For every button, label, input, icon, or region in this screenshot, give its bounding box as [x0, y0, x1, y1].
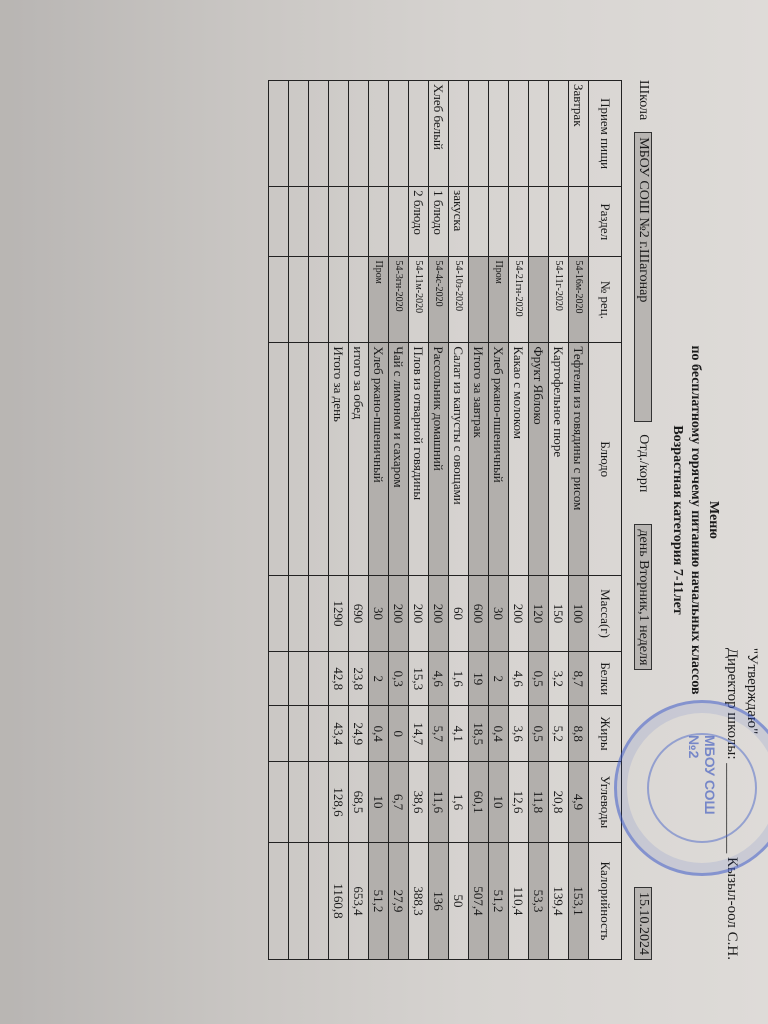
table-cell: [289, 576, 309, 652]
table-row: закуска54-10з-2020Салат из капусты с ово…: [449, 81, 469, 960]
table-cell: 51,2: [369, 842, 389, 959]
table-cell: 1,6: [449, 651, 469, 705]
paper-sheet: "Утверждаю" Директор школы: ____________…: [14, 0, 768, 1024]
table-cell: 3,2: [549, 651, 569, 705]
table-cell: Какао с молоком: [509, 343, 529, 576]
table-cell: 1290: [329, 576, 349, 652]
table-cell: [509, 187, 529, 257]
table-cell: 5,7: [429, 706, 449, 762]
table-cell: [329, 187, 349, 257]
table-cell: 68,5: [349, 761, 369, 842]
table-cell: 54-3гн-2020: [389, 257, 409, 343]
table-surface: [0, 0, 14, 1024]
table-cell: [309, 842, 329, 959]
table-cell: [329, 81, 349, 187]
table-cell: [309, 81, 329, 187]
table-cell: [309, 576, 329, 652]
table-cell: 136: [429, 842, 449, 959]
table-cell: 4,1: [449, 706, 469, 762]
table-cell: [269, 761, 289, 842]
table-cell: 200: [389, 576, 409, 652]
table-cell: Завтрак: [569, 81, 589, 187]
stamp-text: МБОУ СОШ №2: [647, 733, 757, 843]
table-cell: [309, 706, 329, 762]
table-cell: [269, 842, 289, 959]
table-cell: [289, 761, 309, 842]
column-header: Белки: [589, 651, 622, 705]
table-cell: [549, 187, 569, 257]
day-value: день Вторник,1 неделя: [634, 524, 652, 670]
table-cell: 50: [449, 842, 469, 959]
table-cell: 24,9: [349, 706, 369, 762]
table-cell: 3,6: [509, 706, 529, 762]
table-cell: [309, 257, 329, 343]
table-cell: Чай с лимоном и сахаром: [389, 343, 409, 576]
table-header-row: Прием пищиРаздел№ рец.БлюдоМасса(г)Белки…: [589, 81, 622, 960]
table-cell: [309, 761, 329, 842]
table-cell: 1 блюдо: [429, 187, 449, 257]
table-cell: [269, 576, 289, 652]
table-cell: Итого за завтрак: [469, 343, 489, 576]
table-cell: 14,7: [409, 706, 429, 762]
table-cell: 128,6: [329, 761, 349, 842]
table-cell: [369, 187, 389, 257]
table-cell: [569, 187, 589, 257]
table-cell: 53,3: [529, 842, 549, 959]
table-row: 2 блюдо54-11м-2020Плов из отварной говяд…: [409, 81, 429, 960]
table-cell: [349, 257, 369, 343]
table-cell: [329, 257, 349, 343]
table-cell: 54-11г-2020: [549, 257, 569, 343]
table-row: 54-3гн-2020Чай с лимоном и сахаром2000,3…: [389, 81, 409, 960]
table-cell: 54-16м-2020: [569, 257, 589, 343]
table-cell: [309, 651, 329, 705]
table-cell: [389, 81, 409, 187]
table-cell: закуска: [449, 187, 469, 257]
table-cell: [289, 81, 309, 187]
table-cell: [269, 257, 289, 343]
table-cell: 18,5: [469, 706, 489, 762]
table-cell: Картофельное пюре: [549, 343, 569, 576]
table-cell: 600: [469, 576, 489, 652]
table-cell: [349, 81, 369, 187]
table-cell: [529, 257, 549, 343]
table-cell: [529, 187, 549, 257]
table-row: Фрукт Яблоко1200,50,511,853,3: [529, 81, 549, 960]
table-cell: 1160,8: [329, 842, 349, 959]
table-cell: 200: [429, 576, 449, 652]
table-cell: Хлеб ржано-пшеничный: [369, 343, 389, 576]
table-row: итого за обед69023,824,968,5653,4: [349, 81, 369, 960]
table-cell: 15,3: [409, 651, 429, 705]
table-row: Итого за день129042,843,4128,61160,8: [329, 81, 349, 960]
table-cell: 110,4: [509, 842, 529, 959]
table-cell: [269, 81, 289, 187]
column-header: № рец.: [589, 257, 622, 343]
table-cell: 0,4: [489, 706, 509, 762]
table-row: 54-21гн-2020Какао с молоком2004,63,612,6…: [509, 81, 529, 960]
table-cell: [269, 706, 289, 762]
table-cell: 388,3: [409, 842, 429, 959]
table-cell: 11,8: [529, 761, 549, 842]
table-cell: [269, 343, 289, 576]
table-cell: 54-11м-2020: [409, 257, 429, 343]
table-cell: Хлеб ржано-пшеничный: [489, 343, 509, 576]
table-cell: 30: [369, 576, 389, 652]
table-cell: Салат из капусты с овощами: [449, 343, 469, 576]
table-cell: 653,4: [349, 842, 369, 959]
table-row: ПромХлеб ржано-пшеничный3020,41051,2: [489, 81, 509, 960]
table-cell: 5,2: [549, 706, 569, 762]
table-row: Итого за завтрак6001918,560,1507,4: [469, 81, 489, 960]
table-cell: 10: [489, 761, 509, 842]
table-cell: 60,1: [469, 761, 489, 842]
table-cell: 6,7: [389, 761, 409, 842]
column-header: Жиры: [589, 706, 622, 762]
table-cell: [469, 81, 489, 187]
table-cell: [449, 81, 469, 187]
table-cell: 38,6: [409, 761, 429, 842]
table-cell: Фрукт Яблоко: [529, 343, 549, 576]
table-row: [289, 81, 309, 960]
table-cell: 120: [529, 576, 549, 652]
table-cell: 2: [369, 651, 389, 705]
table-cell: 42,8: [329, 651, 349, 705]
table-cell: Итого за день: [329, 343, 349, 576]
table-cell: 51,2: [489, 842, 509, 959]
table-cell: [489, 81, 509, 187]
table-row: Хлеб белый1 блюдо54-4с-2020Рассольник до…: [429, 81, 449, 960]
table-cell: Рассольник домашний: [429, 343, 449, 576]
table-cell: 2 блюдо: [409, 187, 429, 257]
table-cell: 200: [409, 576, 429, 652]
column-header: Прием пищи: [589, 81, 622, 187]
table-cell: 60: [449, 576, 469, 652]
table-cell: 100: [569, 576, 589, 652]
table-cell: 690: [349, 576, 369, 652]
column-header: Раздел: [589, 187, 622, 257]
table-cell: 20,8: [549, 761, 569, 842]
table-cell: Пром: [489, 257, 509, 343]
table-cell: 0,3: [389, 651, 409, 705]
table-cell: [489, 187, 509, 257]
menu-table: Прием пищиРаздел№ рец.БлюдоМасса(г)Белки…: [268, 80, 622, 960]
table-cell: [469, 257, 489, 343]
table-cell: [309, 343, 329, 576]
table-cell: [529, 81, 549, 187]
dept-label: Отд./корп: [635, 434, 651, 492]
table-cell: [289, 842, 309, 959]
table-cell: 2: [489, 651, 509, 705]
table-cell: 153,1: [569, 842, 589, 959]
table-cell: 30: [489, 576, 509, 652]
table-cell: [269, 187, 289, 257]
table-cell: [389, 187, 409, 257]
table-cell: 0,5: [529, 651, 549, 705]
table-cell: 54-10з-2020: [449, 257, 469, 343]
table-cell: 507,4: [469, 842, 489, 959]
table-body: Завтрак54-16м-2020Тефтели из говядины с …: [269, 81, 589, 960]
table-cell: 12,6: [509, 761, 529, 842]
table-cell: 10: [369, 761, 389, 842]
table-cell: итого за обед: [349, 343, 369, 576]
column-header: Масса(г): [589, 576, 622, 652]
school-name: МБОУ СОШ №2 г.Шагонар: [634, 132, 652, 422]
table-cell: 11,6: [429, 761, 449, 842]
table-cell: [289, 706, 309, 762]
table-cell: 54-4с-2020: [429, 257, 449, 343]
table-cell: [369, 81, 389, 187]
table-row: [269, 81, 289, 960]
table-cell: Хлеб белый: [429, 81, 449, 187]
table-cell: 4,6: [429, 651, 449, 705]
table-cell: Пром: [369, 257, 389, 343]
table-cell: 4,6: [509, 651, 529, 705]
table-cell: 27,9: [389, 842, 409, 959]
table-cell: 23,8: [349, 651, 369, 705]
table-cell: Тефтели из говядины с рисом: [569, 343, 589, 576]
table-cell: 8,8: [569, 706, 589, 762]
table-cell: [549, 81, 569, 187]
table-cell: [289, 343, 309, 576]
table-cell: [509, 81, 529, 187]
table-cell: [289, 257, 309, 343]
table-cell: [309, 187, 329, 257]
table-cell: 4,9: [569, 761, 589, 842]
table-cell: 150: [549, 576, 569, 652]
table-cell: 139,4: [549, 842, 569, 959]
table-cell: 0,4: [369, 706, 389, 762]
column-header: Калорийность: [589, 842, 622, 959]
table-row: ПромХлеб ржано-пшеничный3020,41051,2: [369, 81, 389, 960]
table-row: 54-11г-2020Картофельное пюре1503,25,220,…: [549, 81, 569, 960]
table-cell: 43,4: [329, 706, 349, 762]
table-cell: 54-21гн-2020: [509, 257, 529, 343]
column-header: Блюдо: [589, 343, 622, 576]
table-cell: [289, 651, 309, 705]
table-cell: 0: [389, 706, 409, 762]
table-cell: Плов из отварной говядины: [409, 343, 429, 576]
table-cell: [269, 651, 289, 705]
table-cell: [409, 81, 429, 187]
table-cell: 0,5: [529, 706, 549, 762]
table-cell: 200: [509, 576, 529, 652]
table-cell: 8,7: [569, 651, 589, 705]
table-cell: 1,6: [449, 761, 469, 842]
school-label: Школа: [635, 80, 651, 120]
table-cell: [349, 187, 369, 257]
table-cell: [469, 187, 489, 257]
date-value: 15.10.2024: [634, 887, 652, 960]
table-cell: 19: [469, 651, 489, 705]
table-row: Завтрак54-16м-2020Тефтели из говядины с …: [569, 81, 589, 960]
table-cell: [289, 187, 309, 257]
table-row: [309, 81, 329, 960]
